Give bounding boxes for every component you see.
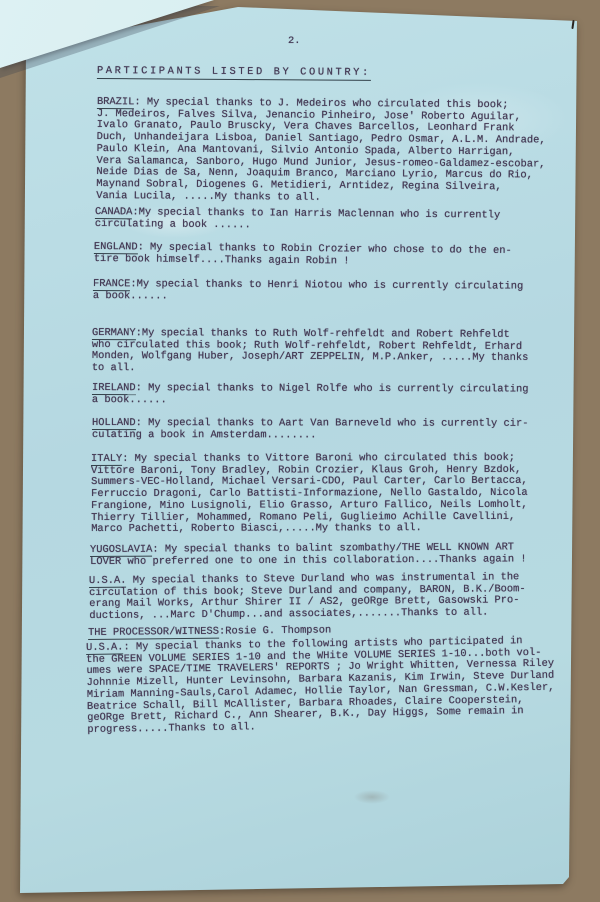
overlay-sheet-wrapper [0, 0, 600, 902]
overlapping-paper-corner [0, 0, 600, 902]
photo-background: 2. PARTICIPANTS LISTED BY COUNTRY: BRAZI… [0, 0, 600, 902]
